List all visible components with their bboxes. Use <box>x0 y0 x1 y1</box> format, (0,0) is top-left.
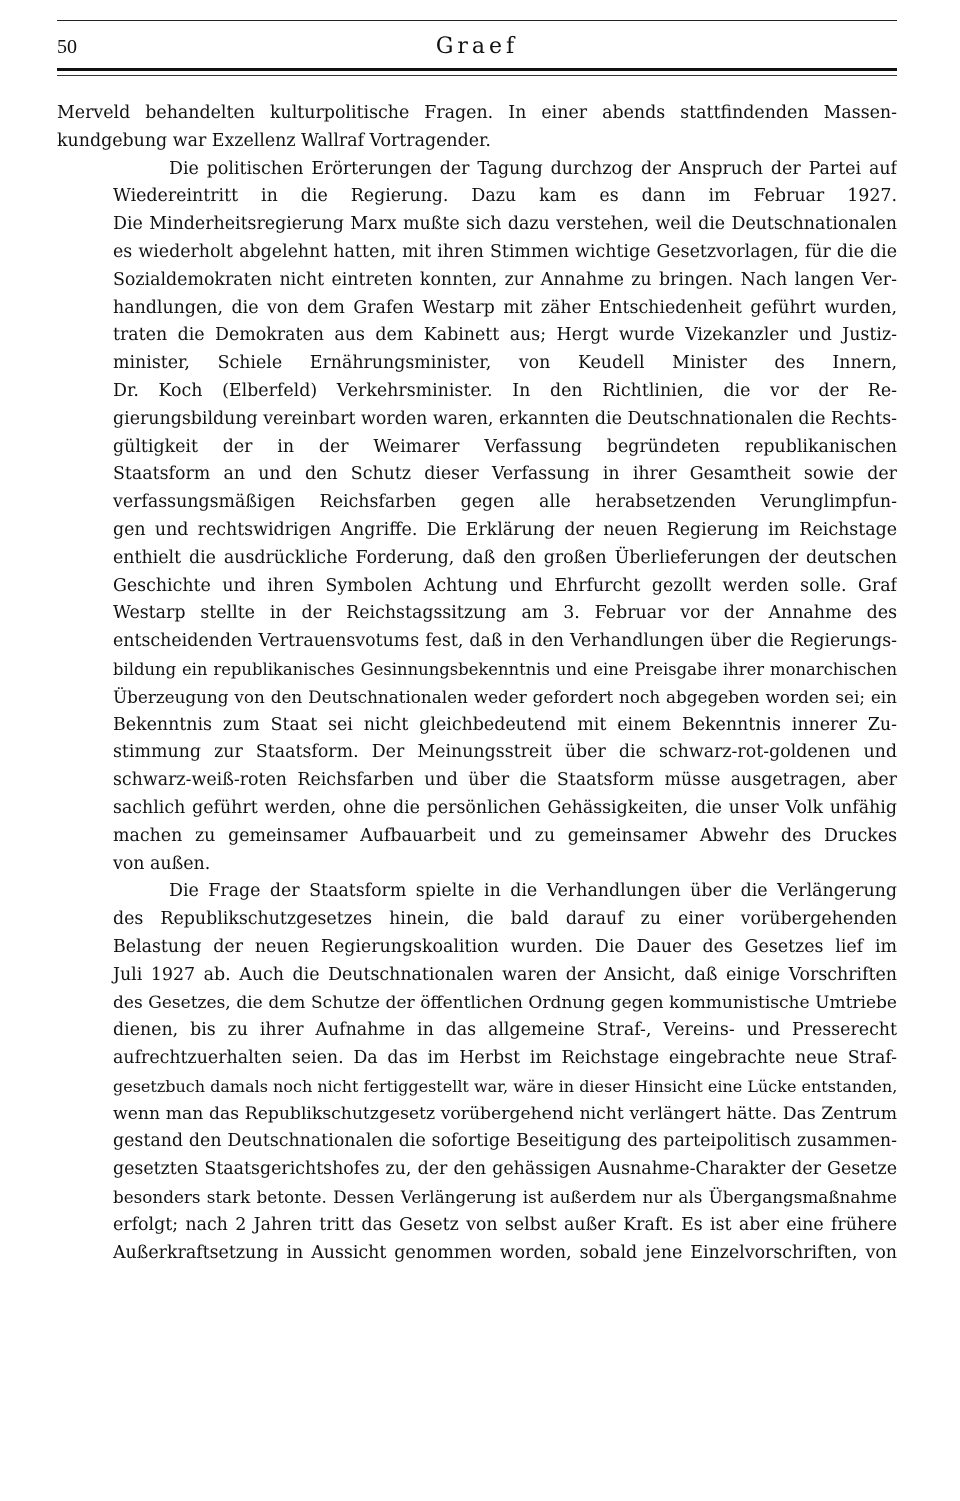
text-line: gierungsbildung vereinbart worden waren,… <box>57 406 897 434</box>
text-line: Sozialdemokraten nicht eintreten konnten… <box>57 267 897 295</box>
text-line: sachlich geführt werden, ohne die persön… <box>57 795 897 823</box>
text-line: Juli 1927 ab. Auch die Deutschnationalen… <box>57 962 897 990</box>
text-line: Die politischen Erörterungen der Tagung … <box>57 156 897 184</box>
text-line: aufrechtzuerhalten seien. Da das im Herb… <box>57 1045 897 1073</box>
running-head: Graef <box>57 34 897 59</box>
text-line: des Republikschutzgesetzes hinein, die b… <box>57 906 897 934</box>
text-line: bildung ein republikanisches Gesinnungsb… <box>57 656 897 684</box>
body-text: Merveld behandelten kulturpolitische Fra… <box>57 100 897 1267</box>
header-bottom-rule <box>57 68 897 71</box>
text-line: Dr. Koch (Elberfeld) Verkehrsminister. I… <box>57 378 897 406</box>
text-line: von außen. <box>57 851 897 879</box>
text-line: gestand den Deutschnationalen die sofort… <box>57 1128 897 1156</box>
text-line: machen zu gemeinsamer Aufbauarbeit und z… <box>57 823 897 851</box>
text-line: es wiederholt abgelehnt hatten, mit ihre… <box>57 239 897 267</box>
page-header: 50 Graef <box>57 30 897 64</box>
paragraph-2: Die politischen Erörterungen der Tagung … <box>57 156 897 879</box>
text-line: schwarz-weiß-roten Reichsfarben und über… <box>57 767 897 795</box>
text-line: Wiedereintritt in die Regierung. Dazu ka… <box>57 183 897 211</box>
text-line: gesetzten Staatsgerichtshofes zu, der de… <box>57 1156 897 1184</box>
text-line: wenn man das Republikschutzgesetz vorübe… <box>57 1101 897 1129</box>
text-line: Westarp stellte in der Reichstagssitzung… <box>57 600 897 628</box>
text-line: Bekenntnis zum Staat sei nicht gleichbed… <box>57 712 897 740</box>
text-line: dienen, bis zu ihrer Aufnahme in das all… <box>57 1017 897 1045</box>
text-line: Geschichte und ihren Symbolen Achtung un… <box>57 573 897 601</box>
text-line: handlungen, die von dem Grafen Westarp m… <box>57 295 897 323</box>
text-line: kundgebung war Exzellenz Wallraf Vortrag… <box>57 128 897 156</box>
text-line: gültigkeit der in der Weimarer Verfassun… <box>57 434 897 462</box>
text-line: Belastung der neuen Regierungskoalition … <box>57 934 897 962</box>
text-line: traten die Demokraten aus dem Kabinett a… <box>57 322 897 350</box>
text-line: Die Minderheitsregierung Marx mußte sich… <box>57 211 897 239</box>
text-line: Die Frage der Staatsform spielte in die … <box>57 878 897 906</box>
text-line: des Gesetzes, die dem Schutze der öffent… <box>57 990 897 1018</box>
paragraph-1: Merveld behandelten kulturpolitische Fra… <box>57 100 897 156</box>
header-bottom-rule-thin <box>57 75 897 76</box>
text-line: Merveld behandelten kulturpolitische Fra… <box>57 100 897 128</box>
text-line: verfassungsmäßigen Reichsfarben gegen al… <box>57 489 897 517</box>
header-top-rule <box>57 20 897 21</box>
text-line: Staatsform an und den Schutz dieser Verf… <box>57 461 897 489</box>
text-line: erfolgt; nach 2 Jahren tritt das Gesetz … <box>57 1212 897 1240</box>
text-line: entscheidenden Vertrauensvotums fest, da… <box>57 628 897 656</box>
text-line: minister, Schiele Ernährungsminister, vo… <box>57 350 897 378</box>
text-line: stimmung zur Staatsform. Der Meinungsstr… <box>57 739 897 767</box>
text-line: Überzeugung von den Deutschnationalen we… <box>57 684 897 712</box>
text-line: gesetzbuch damals noch nicht fertiggeste… <box>57 1073 897 1101</box>
text-line: besonders stark betonte. Dessen Verlänge… <box>57 1184 897 1212</box>
text-line: gen und rechtswidrigen Angriffe. Die Erk… <box>57 517 897 545</box>
text-line: Außerkraftsetzung in Aussicht genommen w… <box>57 1240 897 1268</box>
text-line: enthielt die ausdrückliche Forderung, da… <box>57 545 897 573</box>
paragraph-3: Die Frage der Staatsform spielte in die … <box>57 878 897 1267</box>
